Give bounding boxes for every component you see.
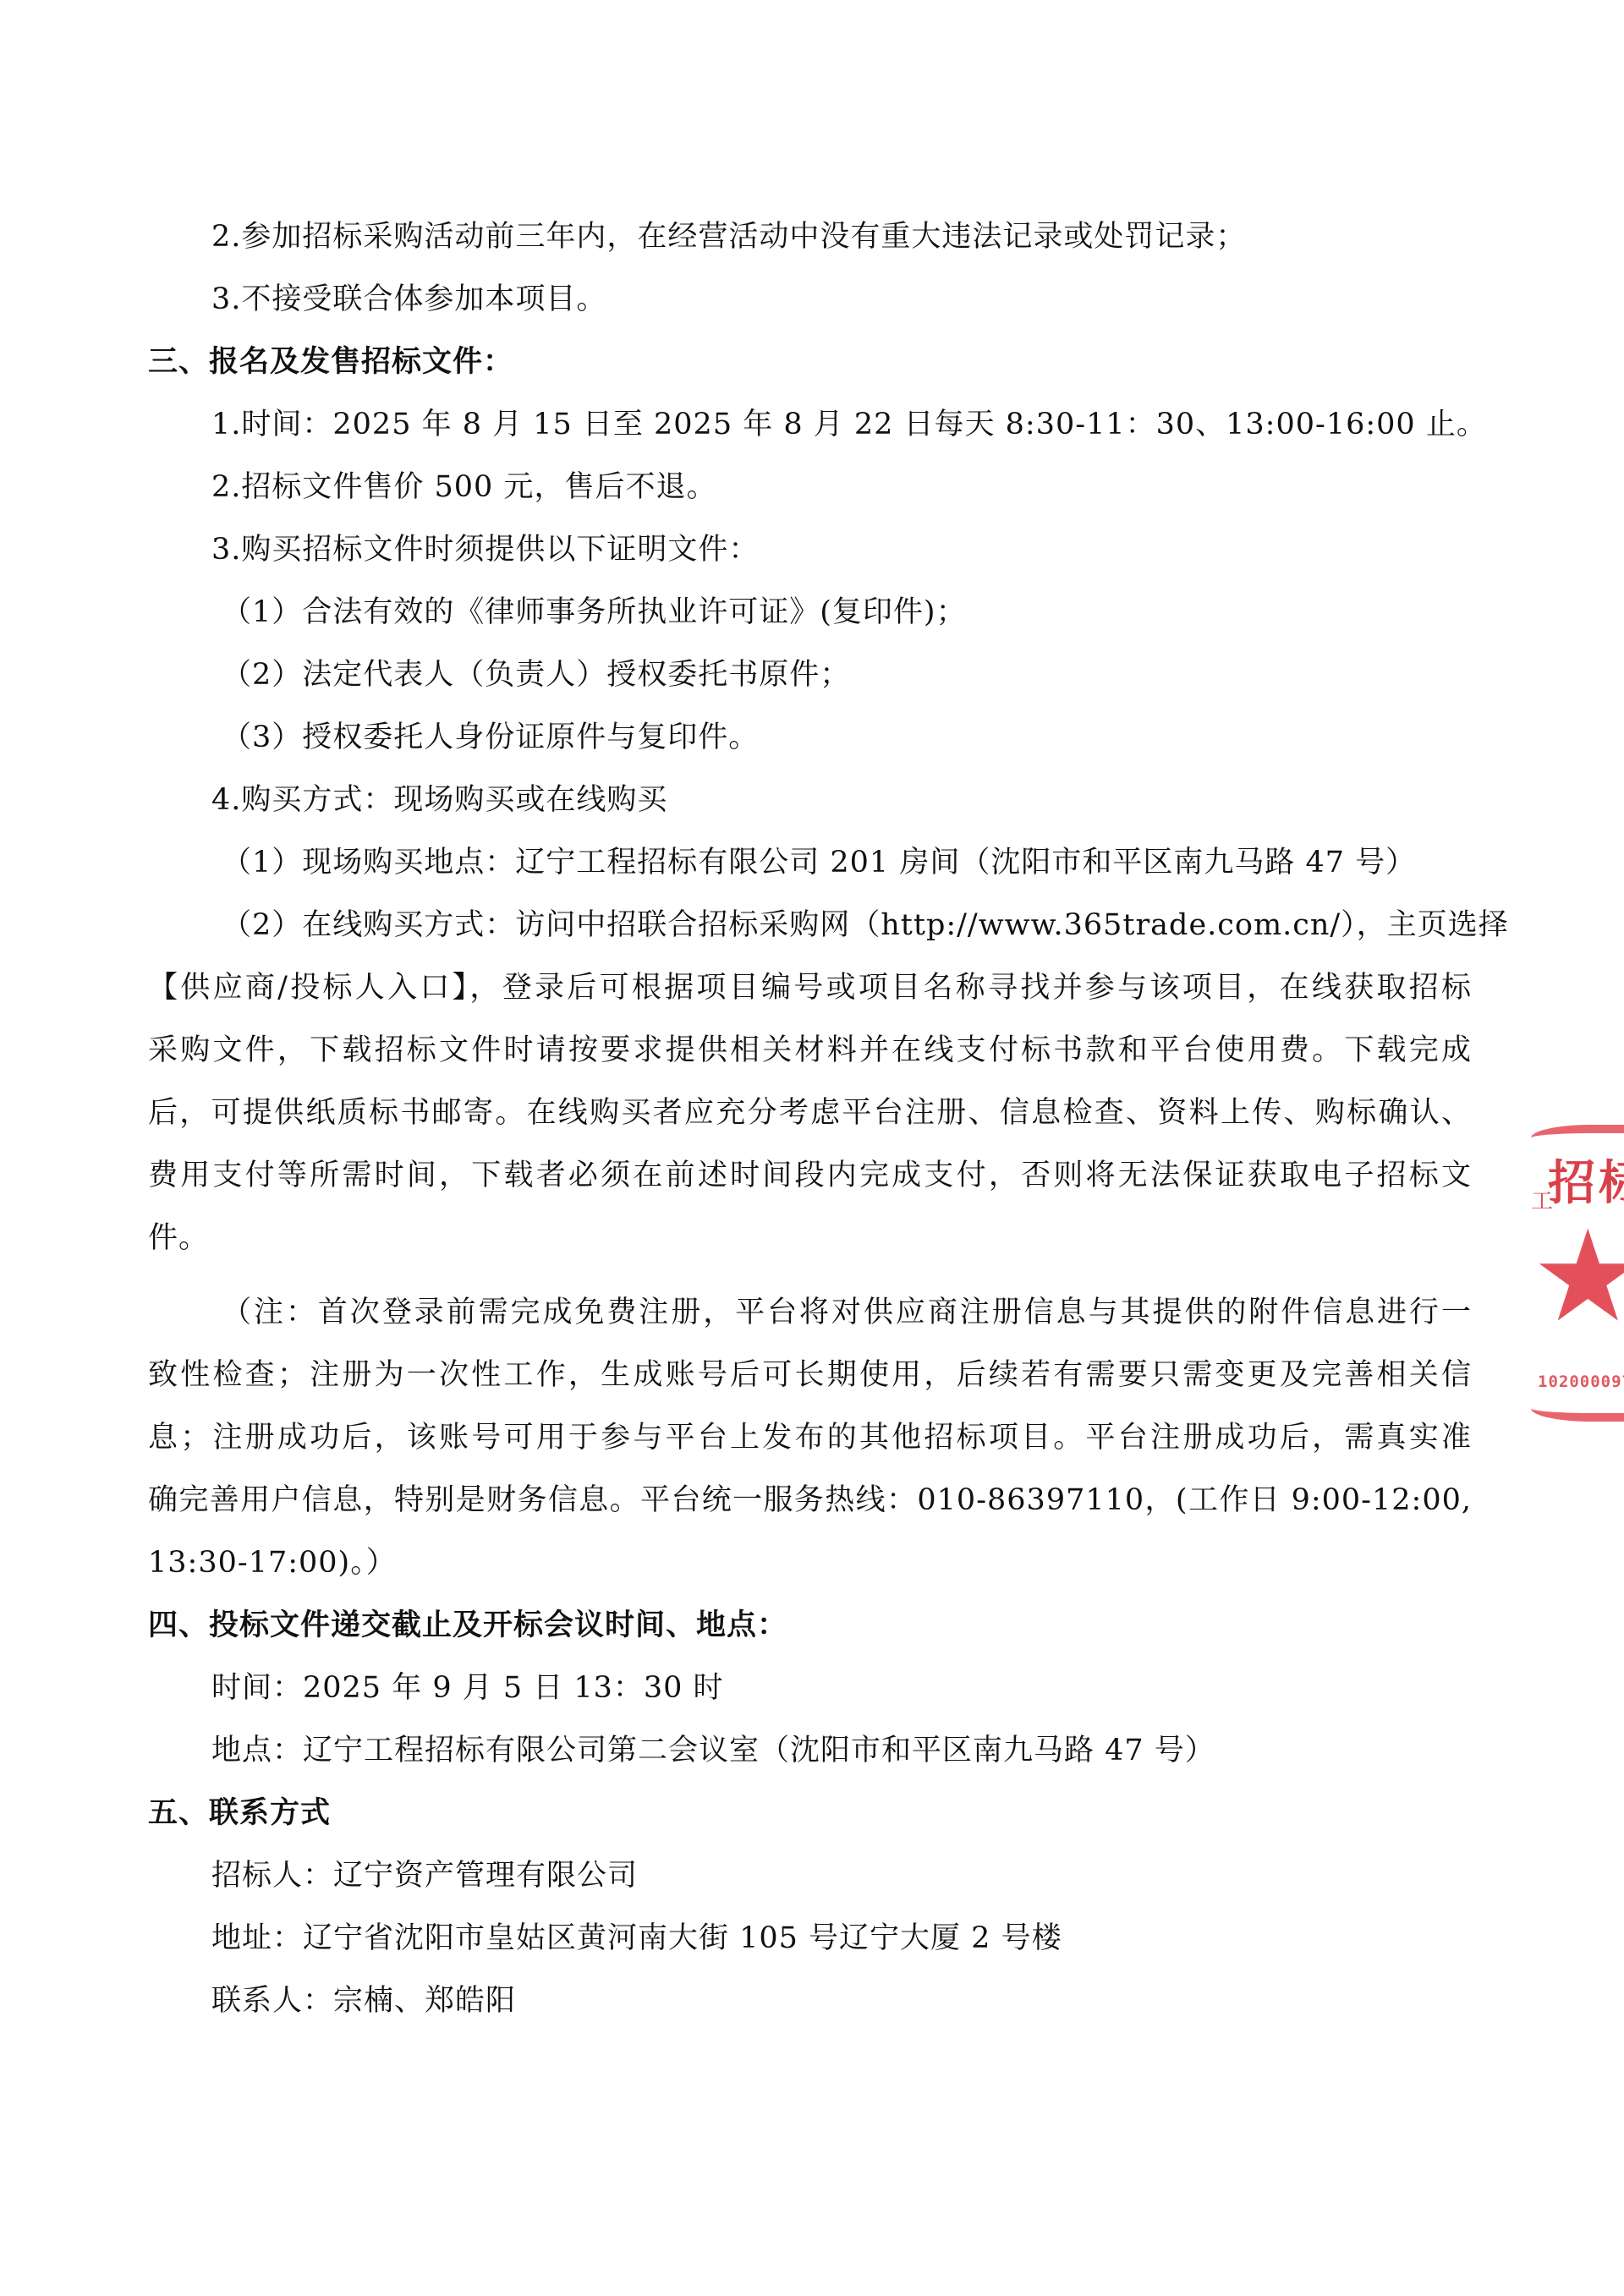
tenderer-address: 地址：辽宁省沈阳市皇姑区黄河南大街 105 号辽宁大厦 2 号楼 [211, 1920, 1531, 1957]
online-purchase-line-3: 采购文件，下载招标文件时请按要求提供相关材料并在线支付标书款和平台使用费。下载完… [148, 1032, 1472, 1069]
section-heading-4: 四、投标文件递交截止及开标会议时间、地点： [148, 1607, 1468, 1644]
note-line-1: （注：首次登录前需完成免费注册，平台将对供应商注册信息与其提供的附件信息进行一 [222, 1294, 1472, 1331]
note-line-5: 13:30-17:00)。） [148, 1544, 1468, 1581]
section-heading-5: 五、联系方式 [148, 1795, 1468, 1832]
contact-persons: 联系人：宗楠、郑皓阳 [211, 1982, 1531, 2019]
online-purchase-line-6: 件。 [148, 1219, 1468, 1257]
seal-ring-bottom [1531, 1400, 1624, 1422]
sale-time: 1.时间：2025 年 8 月 15 日至 2025 年 8 月 22 日每天 … [211, 406, 1531, 443]
online-purchase-line-4: 后，可提供纸质标书邮寄。在线购买者应充分考虑平台注册、信息检查、资料上传、购标确… [148, 1094, 1472, 1132]
section-heading-3: 三、报名及发售招标文件： [148, 343, 1468, 381]
note-line-2: 致性检查；注册为一次性工作，生成账号后可长期使用，后续若有需要只需变更及完善相关… [148, 1356, 1472, 1394]
bid-opening-place: 地点：辽宁工程招标有限公司第二会议室（沈阳市和平区南九马路 47 号） [211, 1732, 1531, 1769]
onsite-purchase: （1）现场购买地点：辽宁工程招标有限公司 201 房间（沈阳市和平区南九马路 4… [222, 844, 1541, 881]
doc-item-3: （3）授权委托人身份证原件与复印件。 [222, 719, 1541, 756]
requirement-item-3: 3.不接受联合体参加本项目。 [211, 281, 1531, 318]
seal-code: 1020000970 [1538, 1373, 1624, 1391]
company-seal-stamp: 工 招标 ★ 1020000970 [1531, 1099, 1624, 1438]
online-purchase-line-2: 【供应商/投标人入口】，登录后可根据项目编号或项目名称寻找并参与该项目，在线获取… [148, 969, 1472, 1006]
note-line-3: 息；注册成功后，该账号可用于参与平台上发布的其他招标项目。平台注册成功后，需真实… [148, 1419, 1472, 1456]
doc-item-1: （1）合法有效的《律师事务所执业许可证》(复印件)； [222, 594, 1541, 631]
tenderer: 招标人：辽宁资产管理有限公司 [211, 1857, 1531, 1894]
star-icon: ★ [1531, 1214, 1624, 1340]
note-line-4: 确完善用户信息，特别是财务信息。平台统一服务热线：010-86397110，(工… [148, 1482, 1472, 1519]
online-purchase-line-5: 费用支付等所需时间，下载者必须在前述时间段内完成支付，否则将无法保证获取电子招标… [148, 1157, 1472, 1194]
document-page: 2.参加招标采购活动前三年内，在经营活动中没有重大违法记录或处罚记录； 3.不接… [0, 0, 1624, 2296]
doc-item-2: （2）法定代表人（负责人）授权委托书原件； [222, 656, 1541, 693]
docs-intro: 3.购买招标文件时须提供以下证明文件： [211, 531, 1531, 568]
sale-price: 2.招标文件售价 500 元，售后不退。 [211, 469, 1531, 506]
purchase-method: 4.购买方式：现场购买或在线购买 [211, 781, 1531, 819]
bid-deadline-time: 时间：2025 年 9 月 5 日 13：30 时 [211, 1669, 1531, 1707]
requirement-item-2: 2.参加招标采购活动前三年内，在经营活动中没有重大违法记录或处罚记录； [211, 218, 1531, 255]
seal-ring-top [1531, 1125, 1624, 1147]
online-purchase-line-1: （2）在线购买方式：访问中招联合招标采购网（http://www.365trad… [222, 907, 1469, 944]
